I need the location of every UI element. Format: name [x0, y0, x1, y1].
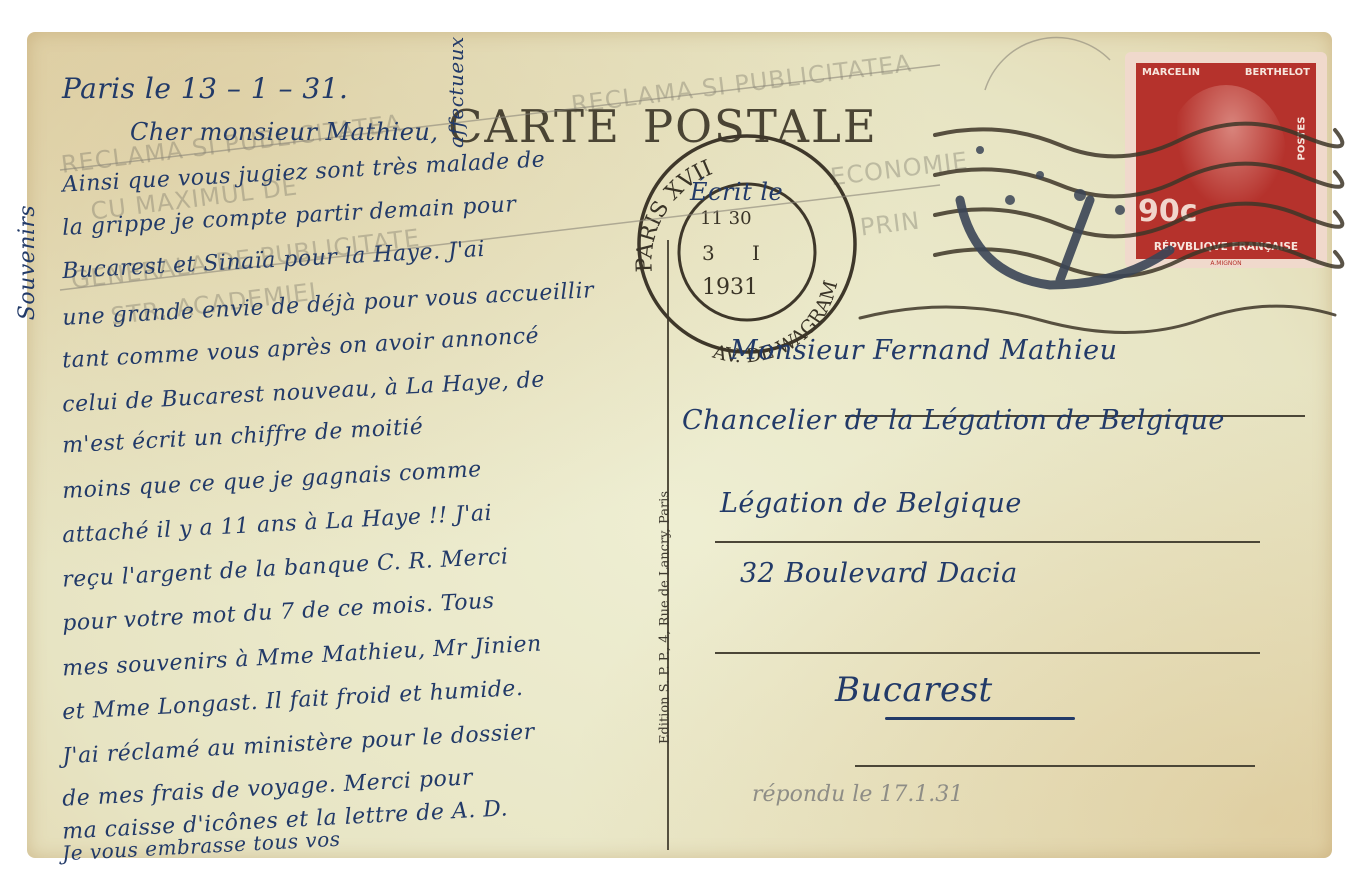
message-dateline: Paris le 13 – 1 – 31. — [62, 72, 348, 105]
message-salutation: Cher monsieur Mathieu, — [130, 118, 439, 146]
stamp-value: 90c — [1138, 194, 1198, 229]
postmark-year: 1931 — [702, 275, 758, 300]
city-underline — [885, 717, 1075, 720]
address-street: 32 Boulevard Dacia — [740, 558, 1018, 589]
address-title: Chancelier de la Légation de Belgique — [682, 405, 1225, 436]
publisher-imprint: Edition S. P. P., 4, Rue de Lancry, Pari… — [645, 420, 675, 820]
pencil-reply-note: répondu le 17.1.31 — [752, 782, 963, 807]
address-city: Bucarest — [835, 670, 993, 710]
address-rule — [715, 541, 1260, 543]
stamp-engraver: A.MIGNON — [1128, 260, 1324, 267]
postmark-month: I — [752, 241, 760, 265]
postmark-day: 3 — [702, 241, 715, 265]
address-institution: Légation de Belgique — [720, 488, 1022, 519]
postage-stamp: MARCELIN BERTHELOT POSTES 90c RÉPVBLIQVE… — [1128, 55, 1324, 265]
stamp-name-right: BERTHELOT — [1245, 67, 1310, 78]
address-rule — [855, 765, 1255, 767]
stamp-country: RÉPVBLIQVE FRANÇAISE — [1140, 241, 1312, 253]
publisher-imprint-text: Edition S. P. P., 4, Rue de Lancry, Pari… — [658, 418, 673, 818]
margin-note: Souvenirs — [15, 205, 40, 320]
sender-note: Écrit le — [690, 178, 783, 206]
postmark-time: 11 30 — [700, 208, 752, 229]
address-rule — [715, 652, 1260, 654]
stamp-side-label: POSTES — [1297, 117, 1308, 161]
address-recipient: Monsieur Fernand Mathieu — [730, 335, 1118, 366]
header-word-carte: CARTE — [448, 100, 621, 153]
top-vertical-note: affectueux — [444, 36, 468, 148]
stamp-name-left: MARCELIN — [1142, 67, 1200, 78]
